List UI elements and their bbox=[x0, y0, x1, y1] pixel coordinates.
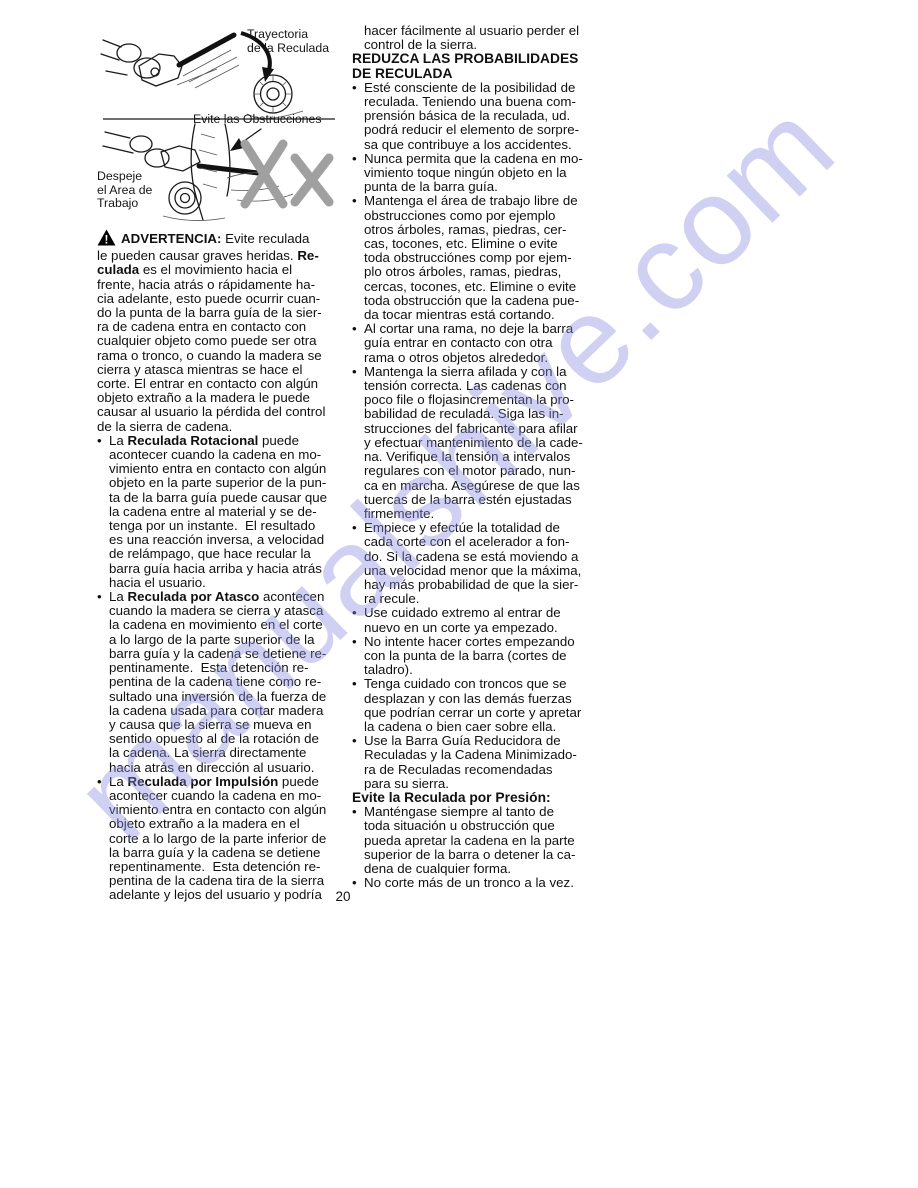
continuation-paragraph: hacer fácilmente al usuario perder el co… bbox=[352, 24, 600, 52]
bullet-marker: • bbox=[97, 590, 109, 775]
svg-text:!: ! bbox=[105, 233, 109, 246]
list-item: •Empiece y efectúe la totalidad de cada … bbox=[352, 521, 600, 606]
bullet-marker: • bbox=[352, 194, 364, 322]
list-item: •Manténgase siempre al tanto de toda sit… bbox=[352, 805, 600, 876]
left-column: Trayectoria de la Reculada Evite las Obs… bbox=[97, 24, 339, 903]
bullet-marker: • bbox=[352, 734, 364, 791]
figure1-caption: Trayectoria de la Reculada bbox=[247, 28, 339, 55]
bullet-marker: • bbox=[97, 775, 109, 903]
bullet-text: Mantenga la sierra afilada y con la tens… bbox=[364, 365, 600, 521]
bullet-text: Nunca permita que la cadena en mo- vimie… bbox=[364, 152, 600, 195]
figure2-caption: Evite las Obstrucciones bbox=[193, 113, 339, 127]
warning-triangle-icon: ! bbox=[97, 229, 116, 249]
list-item: •La Reculada por Atasco acontecen cuando… bbox=[97, 590, 339, 775]
bullet-text: Mantenga el área de trabajo libre de obs… bbox=[364, 194, 600, 322]
list-item: •Use la Barra Guía Reducidora de Reculad… bbox=[352, 734, 600, 791]
bullet-text: La Reculada por Impulsión puede acontece… bbox=[109, 775, 339, 903]
manual-page: manualshive.com bbox=[0, 0, 918, 1188]
illustrations: Trayectoria de la Reculada Evite las Obs… bbox=[97, 24, 339, 222]
bullet-marker: • bbox=[352, 521, 364, 606]
bullet-text: Empiece y efectúe la totalidad de cada c… bbox=[364, 521, 600, 606]
bullet-text: Tenga cuidado con troncos que se desplaz… bbox=[364, 677, 600, 734]
bullet-marker: • bbox=[352, 805, 364, 876]
bullet-text: Al cortar una rama, no deje la barra guí… bbox=[364, 322, 600, 365]
chainsaw-icon bbox=[101, 35, 239, 88]
list-item: •Al cortar una rama, no deje la barra gu… bbox=[352, 322, 600, 365]
warning-paragraph: !ADVERTENCIA: Evite reculada le pueden c… bbox=[97, 229, 339, 434]
bullet-text: No intente hacer cortes empezando con la… bbox=[364, 635, 600, 678]
bullet-marker: • bbox=[352, 635, 364, 678]
bullet-text: La Reculada por Atasco acontecen cuando … bbox=[109, 590, 339, 775]
bullet-text: Esté consciente de la posibilidad de rec… bbox=[364, 81, 600, 152]
list-item: •Mantenga la sierra afilada y con la ten… bbox=[352, 365, 600, 521]
section-heading-presion: Evite la Reculada por Presión: bbox=[352, 791, 600, 805]
section-heading-reduzca: REDUZCA LAS PROBABILIDADES DE RECULADA bbox=[352, 52, 600, 80]
bullet-marker: • bbox=[352, 677, 364, 734]
bullet-marker: • bbox=[352, 152, 364, 195]
bullet-marker: • bbox=[352, 81, 364, 152]
bullet-text: Manténgase siempre al tanto de toda situ… bbox=[364, 805, 600, 876]
bullet-text: Use la Barra Guía Reducidora de Reculada… bbox=[364, 734, 600, 791]
bullet-marker: • bbox=[352, 365, 364, 521]
list-item: •Esté consciente de la posibilidad de re… bbox=[352, 81, 600, 152]
bullet-marker: • bbox=[97, 434, 109, 590]
bullet-marker: • bbox=[352, 606, 364, 634]
list-item: •Mantenga el área de trabajo libre de ob… bbox=[352, 194, 600, 322]
bullet-text: Use cuidado extremo al entrar de nuevo e… bbox=[364, 606, 600, 634]
warning-text: ADVERTENCIA: Evite reculada le pueden ca… bbox=[97, 231, 325, 434]
bullet-marker: • bbox=[352, 322, 364, 365]
bullet-text: La Reculada Rotacional puede acontecer c… bbox=[109, 434, 339, 590]
list-item: •La Reculada por Impulsión puede acontec… bbox=[97, 775, 339, 903]
page-content: Trayectoria de la Reculada Evite las Obs… bbox=[97, 24, 600, 903]
figure2-left-caption: Despeje el Area de Trabajo bbox=[97, 170, 161, 211]
page-number: 20 bbox=[97, 889, 589, 904]
list-item: •La Reculada Rotacional puede acontecer … bbox=[97, 434, 339, 590]
list-item: •Tenga cuidado con troncos que se despla… bbox=[352, 677, 600, 734]
list-item: •Nunca permita que la cadena en mo- vimi… bbox=[352, 152, 600, 195]
right-column: hacer fácilmente al usuario perder el co… bbox=[352, 24, 600, 903]
list-item: •No intente hacer cortes empezando con l… bbox=[352, 635, 600, 678]
list-item: •Use cuidado extremo al entrar de nuevo … bbox=[352, 606, 600, 634]
